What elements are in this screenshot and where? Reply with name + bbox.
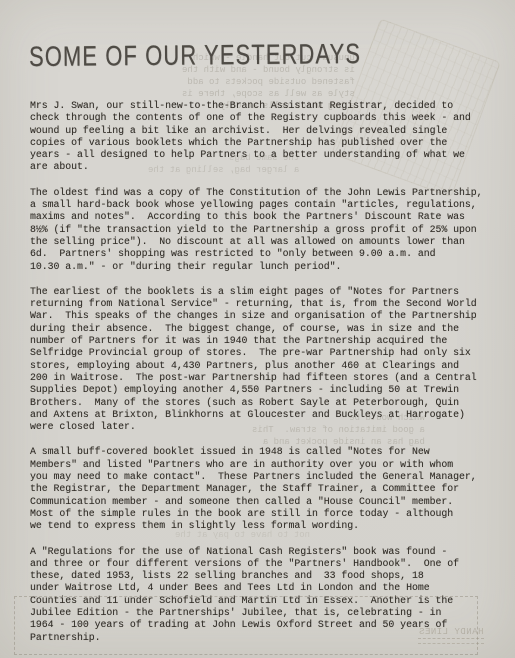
article-body: Mrs J. Swan, our still-new-to-the-Branch…: [30, 100, 502, 657]
handy-lines-stamp: HANDY LINES: [418, 627, 484, 644]
paragraph-constitution: The oldest find was a copy of The Consti…: [30, 187, 502, 273]
paragraph-national-service: The earliest of the booklets is a slim e…: [30, 286, 502, 434]
paragraph-intro: Mrs J. Swan, our still-new-to-the-Branch…: [30, 100, 502, 174]
handy-lines-text: HANDY LINES: [418, 627, 484, 639]
handy-lines-underline: [418, 643, 484, 644]
scanned-page: unusual cut-out handle - which is strong…: [0, 0, 515, 658]
box-outline-bleedthrough: [14, 596, 478, 655]
page-title: SOME OF OUR YESTERDAYS: [29, 38, 361, 73]
paragraph-notes-for-new-members: A small buff-covered booklet issued in 1…: [30, 446, 502, 532]
